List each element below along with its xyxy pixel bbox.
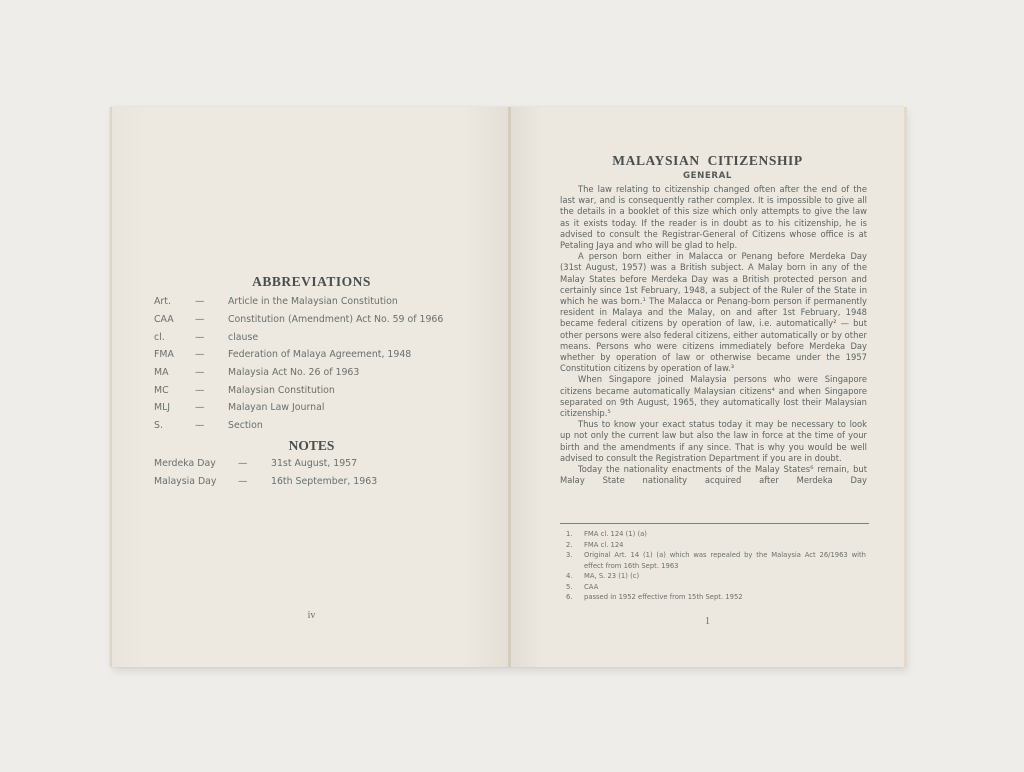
dash: —	[195, 314, 228, 325]
page-number-left: iv	[112, 610, 511, 621]
footnote-text: passed in 1952 effective from 15th Sept.…	[584, 592, 743, 603]
abbreviation-key: S.	[154, 420, 195, 431]
abbreviation-row: MC—Malaysian Constitution	[154, 381, 443, 399]
abbreviation-value: Malayan Law Journal	[228, 402, 324, 413]
dash: —	[195, 296, 228, 307]
abbreviation-row: S.—Section	[154, 417, 443, 435]
footnote: 4.MA, S. 23 (1) (c)	[566, 571, 866, 582]
abbreviation-row: Art.—Article in the Malaysian Constituti…	[154, 293, 443, 311]
abbreviation-value: clause	[228, 332, 258, 343]
footnote-text: FMA cl. 124	[584, 540, 624, 551]
abbreviation-value: Malaysia Act No. 26 of 1963	[228, 367, 359, 378]
abbreviations-heading: ABBREVIATIONS	[112, 274, 511, 290]
paragraph: The law relating to citizenship changed …	[560, 184, 867, 251]
abbreviations-list: Art.—Article in the Malaysian Constituti…	[154, 293, 443, 435]
dash: —	[195, 402, 228, 413]
abbreviation-row: FMA—Federation of Malaya Agreement, 1948	[154, 346, 443, 364]
dash: —	[238, 476, 271, 487]
note-row: Merdeka Day—31st August, 1957	[154, 455, 377, 473]
footnote-number: 1.	[566, 529, 584, 540]
paragraph: When Singapore joined Malaysia persons w…	[560, 374, 867, 419]
abbreviation-value: Malaysian Constitution	[228, 385, 335, 396]
abbreviation-key: Art.	[154, 296, 195, 307]
note-value: 16th September, 1963	[271, 476, 377, 487]
footnote-number: 3.	[566, 550, 584, 571]
abbreviation-row: cl.—clause	[154, 328, 443, 346]
abbreviation-value: Federation of Malaya Agreement, 1948	[228, 349, 411, 360]
abbreviation-key: MLJ	[154, 402, 195, 413]
abbreviation-value: Section	[228, 420, 263, 431]
footnote: 3.Original Art. 14 (1) (a) which was rep…	[566, 550, 866, 571]
notes-list: Merdeka Day—31st August, 1957 Malaysia D…	[154, 455, 377, 490]
footnote: 2.FMA cl. 124	[566, 540, 866, 551]
footnote: 5.CAA	[566, 582, 866, 593]
footnote-text: CAA	[584, 582, 598, 593]
abbreviation-value: Constitution (Amendment) Act No. 59 of 1…	[228, 314, 443, 325]
footnote-text: MA, S. 23 (1) (c)	[584, 571, 639, 582]
footnote-text: Original Art. 14 (1) (a) which was repea…	[584, 550, 866, 571]
footnote-number: 5.	[566, 582, 584, 593]
footnote-number: 2.	[566, 540, 584, 551]
note-key: Merdeka Day	[154, 458, 238, 469]
paragraph: Today the nationality enactments of the …	[560, 464, 867, 486]
paragraph: Thus to know your exact status today it …	[560, 419, 867, 464]
abbreviation-row: CAA—Constitution (Amendment) Act No. 59 …	[154, 311, 443, 329]
footnote-number: 4.	[566, 571, 584, 582]
note-key: Malaysia Day	[154, 476, 238, 487]
footnote-divider	[560, 523, 869, 524]
abbreviation-row: MLJ—Malayan Law Journal	[154, 399, 443, 417]
abbreviation-key: CAA	[154, 314, 195, 325]
abbreviation-row: MA—Malaysia Act No. 26 of 1963	[154, 364, 443, 382]
notes-heading: NOTES	[112, 438, 511, 454]
abbreviation-key: MA	[154, 367, 195, 378]
footnote: 1.FMA cl. 124 (1) (a)	[566, 529, 866, 540]
dash: —	[238, 458, 271, 469]
abbreviation-value: Article in the Malaysian Constitution	[228, 296, 398, 307]
left-page: ABBREVIATIONS Art.—Article in the Malays…	[110, 107, 511, 667]
abbreviation-key: cl.	[154, 332, 195, 343]
dash: —	[195, 385, 228, 396]
paragraph: A person born either in Malacca or Penan…	[560, 251, 867, 374]
footnotes: 1.FMA cl. 124 (1) (a) 2.FMA cl. 124 3.Or…	[566, 529, 866, 603]
abbreviation-key: FMA	[154, 349, 195, 360]
open-booklet: ABBREVIATIONS Art.—Article in the Malays…	[110, 107, 904, 667]
right-page: MALAYSIAN CITIZENSHIP GENERAL The law re…	[511, 107, 907, 667]
note-row: Malaysia Day—16th September, 1963	[154, 473, 377, 491]
dash: —	[195, 420, 228, 431]
footnote-text: FMA cl. 124 (1) (a)	[584, 529, 647, 540]
page-number-right: 1	[511, 616, 904, 627]
body-text: The law relating to citizenship changed …	[560, 184, 867, 486]
page-title: MALAYSIAN CITIZENSHIP	[511, 153, 904, 169]
dash: —	[195, 367, 228, 378]
footnote: 6.passed in 1952 effective from 15th Sep…	[566, 592, 866, 603]
dash: —	[195, 349, 228, 360]
section-heading: GENERAL	[511, 171, 904, 181]
dash: —	[195, 332, 228, 343]
note-value: 31st August, 1957	[271, 458, 357, 469]
footnote-number: 6.	[566, 592, 584, 603]
abbreviation-key: MC	[154, 385, 195, 396]
